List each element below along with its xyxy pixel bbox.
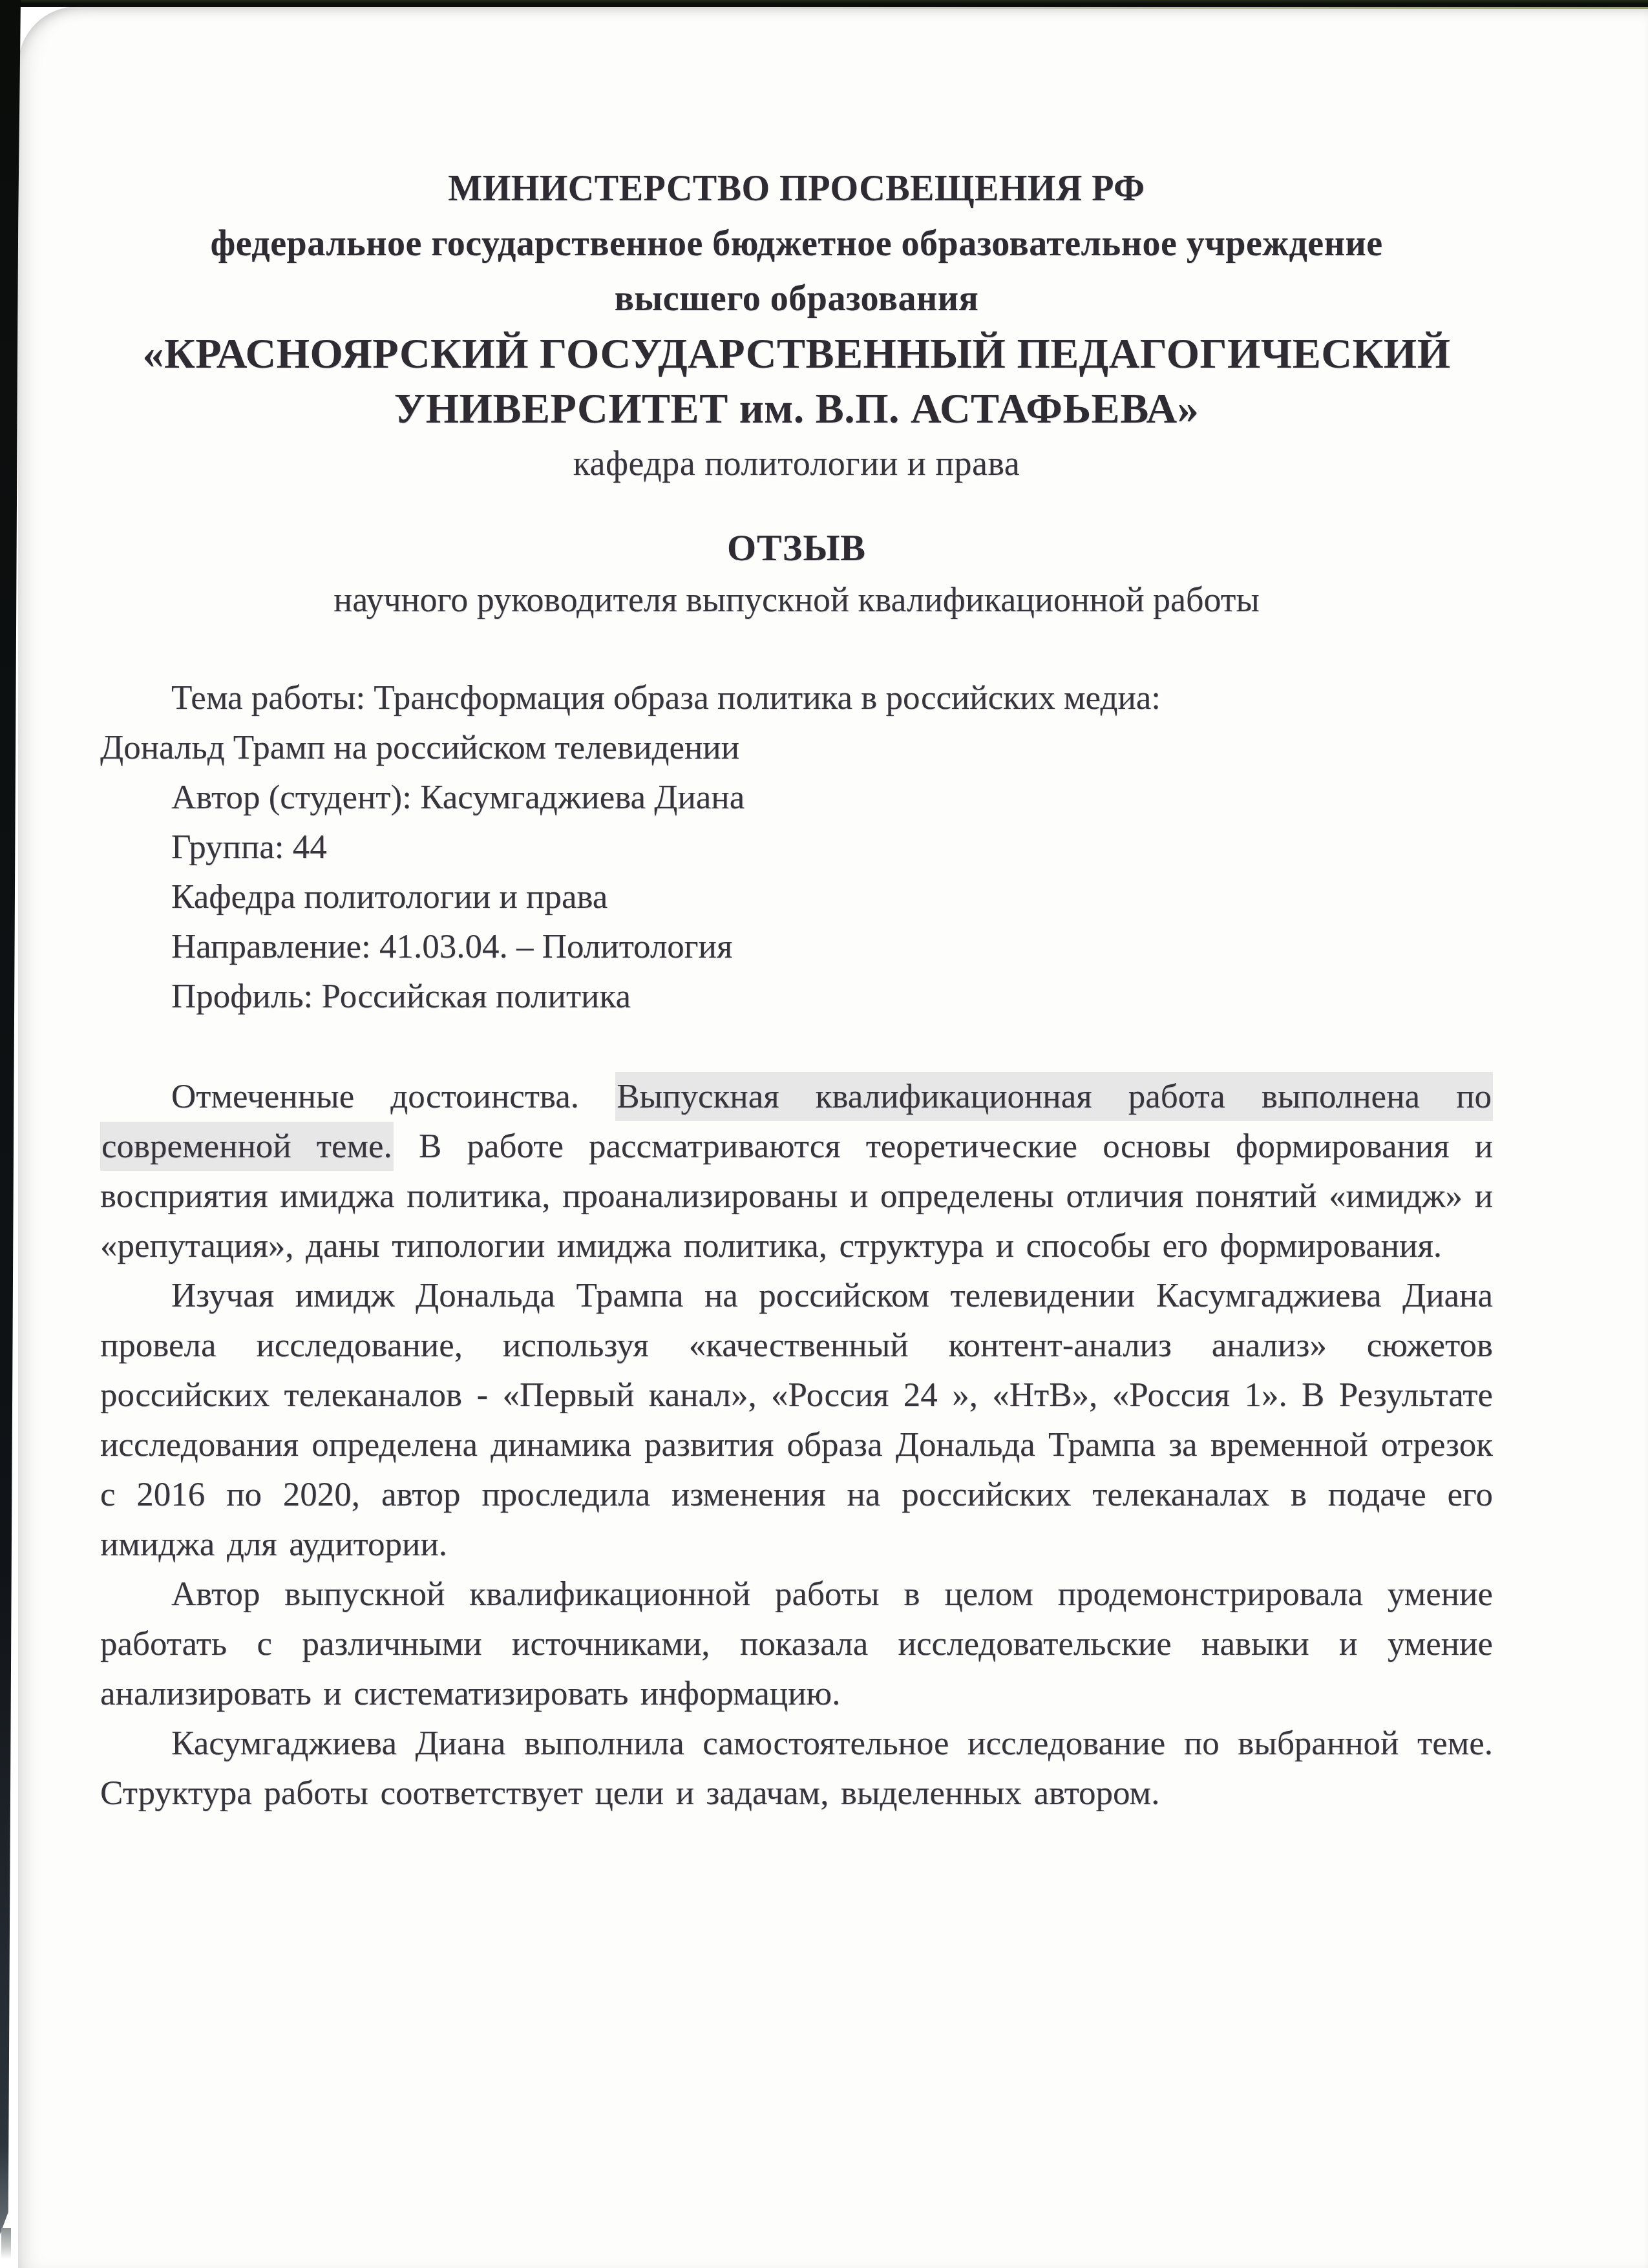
- paragraph-research: Изучая имидж Дональда Трампа на российск…: [100, 1271, 1493, 1570]
- paragraph-independent-study: Касумгаджиева Диана выполнила самостояте…: [100, 1719, 1493, 1818]
- scanned-document: { "document_type": "scanned thesis super…: [0, 0, 1648, 2268]
- meta-department-line: Кафедра политологии и права: [100, 872, 1493, 922]
- ministry-line: МИНИСТЕРСТВО ПРОСВЕЩЕНИЯ РФ: [100, 162, 1493, 216]
- review-body: Отмеченные достоинства. Выпускная квалиф…: [100, 1072, 1493, 1818]
- thesis-meta: Тема работы: Трансформация образа полити…: [100, 673, 1493, 1022]
- institution-line-2: высшего образования: [100, 271, 1493, 326]
- direction-line: Направление: 41.03.04. – Политология: [100, 922, 1493, 972]
- author-line: Автор (студент): Касумгаджиева Диана: [100, 773, 1493, 823]
- topic-line-1: Тема работы: Трансформация образа полити…: [100, 673, 1493, 723]
- page-content: МИНИСТЕРСТВО ПРОСВЕЩЕНИЯ РФ федеральное …: [100, 6, 1493, 1818]
- university-line-2: УНИВЕРСИТЕТ им. В.П. АСТАФЬЕВА»: [100, 381, 1493, 436]
- document-subtitle: научного руководителя выпускной квалифик…: [100, 575, 1493, 625]
- group-line: Группа: 44: [100, 823, 1493, 872]
- topic-line-2: Дональд Трамп на российском телевидении: [100, 723, 1493, 773]
- university-line-1: «КРАСНОЯРСКИЙ ГОСУДАРСТВЕННЫЙ ПЕДАГОГИЧЕ…: [100, 326, 1493, 381]
- scanner-edge-top: [0, 0, 1648, 7]
- letterhead-department-line: кафедра политологии и права: [100, 436, 1493, 491]
- letterhead: МИНИСТЕРСТВО ПРОСВЕЩЕНИЯ РФ федеральное …: [100, 162, 1493, 491]
- institution-line-1: федеральное государственное бюджетное об…: [100, 216, 1493, 271]
- merits-lead-text: Отмеченные достоинства.: [171, 1078, 615, 1115]
- paragraph-merits: Отмеченные достоинства. Выпускная квалиф…: [100, 1072, 1493, 1271]
- document-page: МИНИСТЕРСТВО ПРОСВЕЩЕНИЯ РФ федеральное …: [18, 6, 1648, 2268]
- paragraph-skills: Автор выпускной квалификационной работы …: [100, 1570, 1493, 1719]
- scanner-edge-left-tail: [1, 2228, 11, 2259]
- profile-line: Профиль: Российская политика: [100, 972, 1493, 1022]
- document-title: ОТЗЫВ: [100, 520, 1493, 575]
